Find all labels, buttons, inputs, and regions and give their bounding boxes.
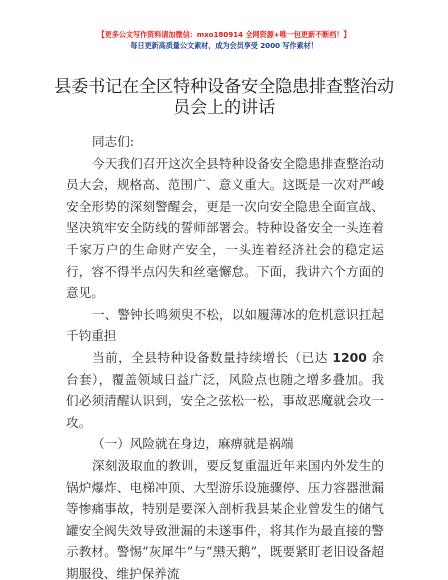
section-heading-1: 一、警钟长鸣须臾不松，以如履薄冰的危机意识扛起千钧重担 — [66, 304, 384, 347]
promo-banner-line1: 【更多公文写作资料请加微信：mxo180914 全网资源+唯一包更新不断档！】 — [0, 29, 448, 40]
paragraph-current-situation: 当前，全县特种设备数量持续增长（已达 1200 余台套），覆盖领域日益广泛，风险… — [66, 347, 384, 433]
greeting: 同志们: — [66, 131, 384, 153]
document-page: 【更多公文写作资料请加微信：mxo180914 全网资源+唯一包更新不断档！】 … — [0, 0, 448, 580]
subheading-1: （一）风险就在身边，麻痹就是祸端 — [66, 433, 384, 455]
paragraph-opening: 今天我们召开这次全县特种设备安全隐患排查整治动员大会，规格高、范围广、意义重大。… — [66, 153, 384, 304]
equipment-count: 1200 — [332, 350, 367, 365]
document-body: 同志们: 今天我们召开这次全县特种设备安全隐患排查整治动员大会，规格高、范围广、… — [66, 131, 384, 580]
title-line2: 员会上的讲话 — [40, 98, 408, 119]
title-line1: 县委书记在全区特种设备安全隐患排查整治动 — [40, 77, 408, 98]
promo-banner: 【更多公文写作资料请加微信：mxo180914 全网资源+唯一包更新不断档！】 … — [0, 29, 448, 51]
paragraph-lessons: 深刻汲取血的教训，要反复重温近年来国内外发生的锅炉爆炸、电梯冲顶、大型游乐设施骤… — [66, 455, 384, 580]
page-number: 1 — [0, 546, 448, 555]
promo-banner-line2: 每日更新高质量公文素材，成为会员享受 2000 写作素材！ — [0, 40, 448, 51]
document-title: 县委书记在全区特种设备安全隐患排查整治动 员会上的讲话 — [40, 77, 408, 119]
para3-before: 当前，全县特种设备数量持续增长（已达 — [92, 350, 332, 365]
